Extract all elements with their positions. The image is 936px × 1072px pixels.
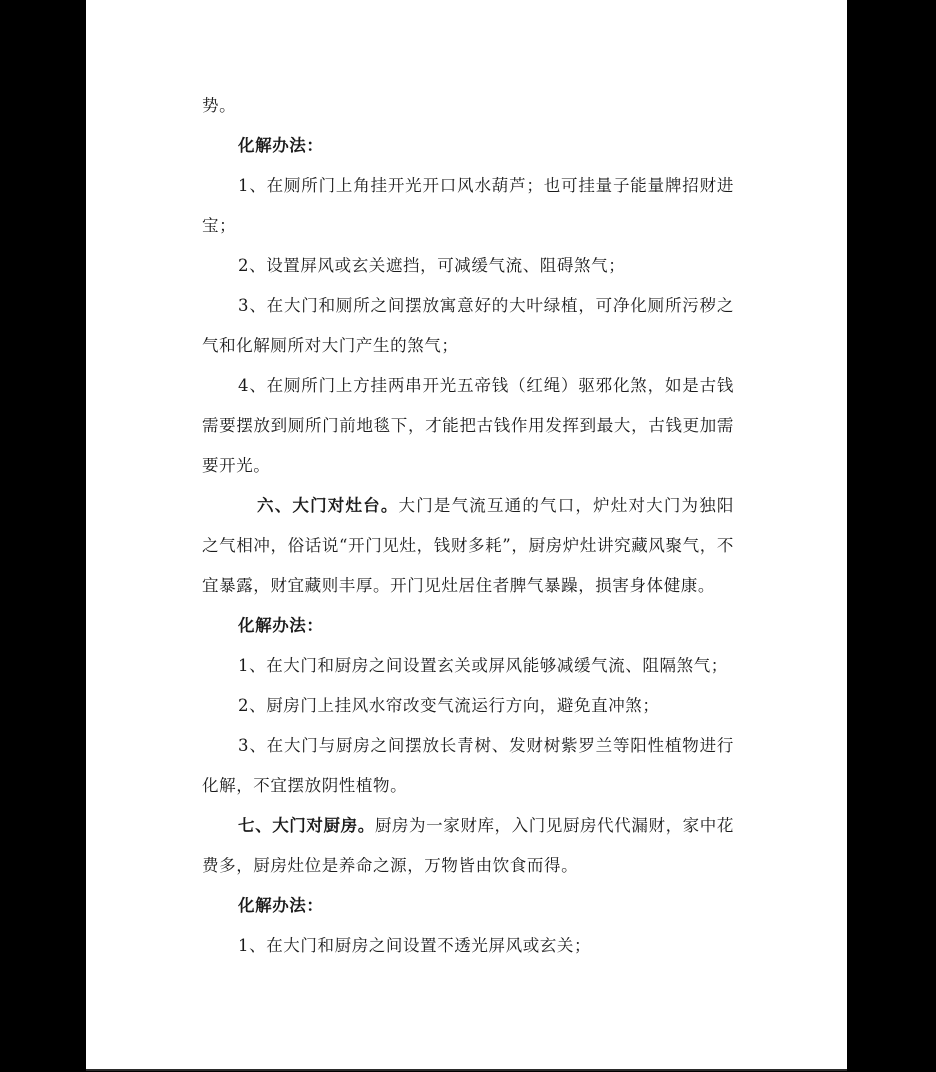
document-page: 势。 化解办法： 1、在厕所门上角挂开光开口风水葫芦；也可挂量子能量牌招财进宝；… [86,0,847,1069]
remedy-item: 2、设置屏风或玄关遮挡，可减缓气流、阻碍煞气； [202,246,734,286]
remedy-item: 3、在大门和厕所之间摆放寓意好的大叶绿植，可净化厕所污秽之气和化解厕所对大门产生… [202,286,734,366]
remedy-item: 1、在大门和厨房之间设置玄关或屏风能够减缓气流、阻隔煞气； [202,646,734,686]
remedy-item: 4、在厕所门上方挂两串开光五帝钱（红绳）驱邪化煞，如是古钱需要摆放到厕所门前地毯… [202,366,734,486]
section-paragraph: 六、大门对灶台。大门是气流互通的气口，炉灶对大门为独阳之气相冲，俗话说“开门见灶… [202,486,734,606]
section-title: 六、大门对灶台。 [257,496,399,515]
remedy-item: 2、厨房门上挂风水帘改变气流运行方向，避免直冲煞； [202,686,734,726]
remedy-item: 1、在大门和厨房之间设置不透光屏风或玄关； [202,926,734,966]
section-paragraph: 七、大门对厨房。厨房为一家财库，入门见厨房代代漏财，家中花费多，厨房灶位是养命之… [202,806,734,886]
remedy-heading: 化解办法： [202,606,734,646]
remedy-heading: 化解办法： [202,126,734,166]
section-title: 七、大门对厨房。 [238,816,375,835]
remedy-heading: 化解办法： [202,886,734,926]
remedy-item: 1、在厕所门上角挂开光开口风水葫芦；也可挂量子能量牌招财进宝； [202,166,734,246]
remedy-item: 3、在大门与厨房之间摆放长青树、发财树紫罗兰等阳性植物进行化解，不宜摆放阴性植物… [202,726,734,806]
document-body: 势。 化解办法： 1、在厕所门上角挂开光开口风水葫芦；也可挂量子能量牌招财进宝；… [202,86,734,966]
paragraph-continuation: 势。 [202,86,734,126]
